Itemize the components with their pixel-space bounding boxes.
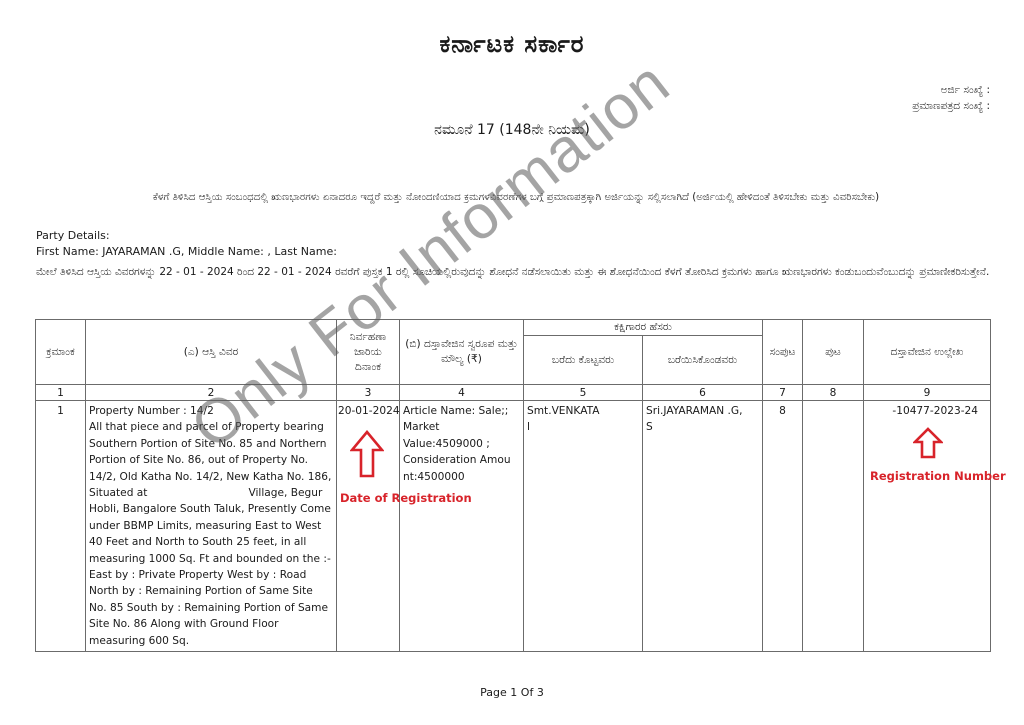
column-number: 4 bbox=[400, 385, 524, 401]
header-page: ಪುಟ bbox=[803, 320, 864, 385]
cell-executant: Smt.VENKATA l bbox=[524, 401, 643, 652]
registration-number-annotation: Registration Number bbox=[870, 469, 1006, 483]
party-details: Party Details: First Name: JAYARAMAN .G,… bbox=[36, 228, 337, 259]
column-number: 6 bbox=[643, 385, 763, 401]
form-title: ನಮೂನೆ 17 (148ನೇ ನಿಯಮ) bbox=[0, 122, 1024, 138]
column-number: 8 bbox=[803, 385, 864, 401]
encumbrance-table: ಕ್ರಮಾಂಕ (ಎ) ಆಸ್ತಿ ವಿವರ ನಿರ್ವಹಣಾ ಜಾರಿಯ ದಿ… bbox=[35, 319, 991, 652]
column-number: 1 bbox=[36, 385, 86, 401]
intro-text: ಕೆಳಗೆ ತಿಳಿಸಿದ ಆಸ್ತಿಯ ಸಂಬಂಧದಲ್ಲಿ ಋಣಭಾರಗಳು… bbox=[36, 192, 996, 204]
header-property-details: (ಎ) ಆಸ್ತಿ ವಿವರ bbox=[86, 320, 337, 385]
header-volume: ಸಂಪುಟ bbox=[763, 320, 803, 385]
cell-serial: 1 bbox=[36, 401, 86, 652]
cell-page bbox=[803, 401, 864, 652]
header-parties-group: ಕಕ್ಷಿಗಾರರ ಹೆಸರು bbox=[524, 320, 763, 336]
cell-property-details: Property Number : 14/2 All that piece an… bbox=[86, 401, 337, 652]
column-number: 9 bbox=[864, 385, 991, 401]
page-indicator: Page 1 Of 3 bbox=[0, 686, 1024, 699]
party-name-line: First Name: JAYARAMAN .G, Middle Name: ,… bbox=[36, 244, 337, 260]
header-execution-date: ನಿರ್ವಹಣಾ ಜಾರಿಯ ದಿನಾಂಕ bbox=[337, 320, 400, 385]
reference-numbers: ಅರ್ಜಿ ಸಂಖ್ಯೆ : ಪ್ರಮಾಣಪತ್ರದ ಸಂಖ್ಯೆ : bbox=[912, 82, 990, 114]
header-row-1: ಕ್ರಮಾಂಕ (ಎ) ಆಸ್ತಿ ವಿವರ ನಿರ್ವಹಣಾ ಜಾರಿಯ ದಿ… bbox=[36, 320, 991, 336]
column-number-row: 1 2 3 4 5 6 7 8 9 bbox=[36, 385, 991, 401]
header-serial: ಕ್ರಮಾಂಕ bbox=[36, 320, 86, 385]
column-number: 7 bbox=[763, 385, 803, 401]
column-number: 2 bbox=[86, 385, 337, 401]
property-description: All that piece and parcel of Property be… bbox=[89, 419, 333, 649]
property-number: Property Number : 14/2 bbox=[89, 403, 333, 419]
header-claimant: ಬರೆಯಿಸಿಕೊಂಡವರು bbox=[643, 336, 763, 385]
table-row: 1 Property Number : 14/2 All that piece … bbox=[36, 401, 991, 652]
cell-claimant: Sri.JAYARAMAN .G, S bbox=[643, 401, 763, 652]
column-number: 5 bbox=[524, 385, 643, 401]
application-number-label: ಅರ್ಜಿ ಸಂಖ್ಯೆ : bbox=[912, 82, 990, 98]
arrow-up-icon bbox=[913, 427, 943, 459]
cell-volume: 8 bbox=[763, 401, 803, 652]
document-title: ಕರ್ನಾಟಕ ಸರ್ಕಾರ bbox=[0, 30, 1024, 58]
party-details-label: Party Details: bbox=[36, 228, 337, 244]
certificate-number-label: ಪ್ರಮಾಣಪತ್ರದ ಸಂಖ್ಯೆ : bbox=[912, 98, 990, 114]
header-executant: ಬರೆದು ಕೊಟ್ಟವರು bbox=[524, 336, 643, 385]
header-document-nature: (ಬಿ) ದಸ್ತಾವೇಜಿನ ಸ್ವರೂಪ ಮತ್ತು ಮೌಲ್ಯ (₹) bbox=[400, 320, 524, 385]
date-of-registration-annotation: Date of Registration bbox=[340, 491, 472, 505]
column-number: 3 bbox=[337, 385, 400, 401]
header-document-reference: ದಸ್ತಾವೇಜಿನ ಉಲ್ಲೇಖ bbox=[864, 320, 991, 385]
certification-text: ಮೇಲೆ ತಿಳಿಸಿದ ಆಸ್ತಿಯ ವಿವರಗಳನ್ನು 22 - 01 -… bbox=[36, 264, 996, 281]
arrow-up-icon bbox=[350, 430, 384, 478]
cell-document-nature: Article Name: Sale;; Market Value:450900… bbox=[400, 401, 524, 652]
